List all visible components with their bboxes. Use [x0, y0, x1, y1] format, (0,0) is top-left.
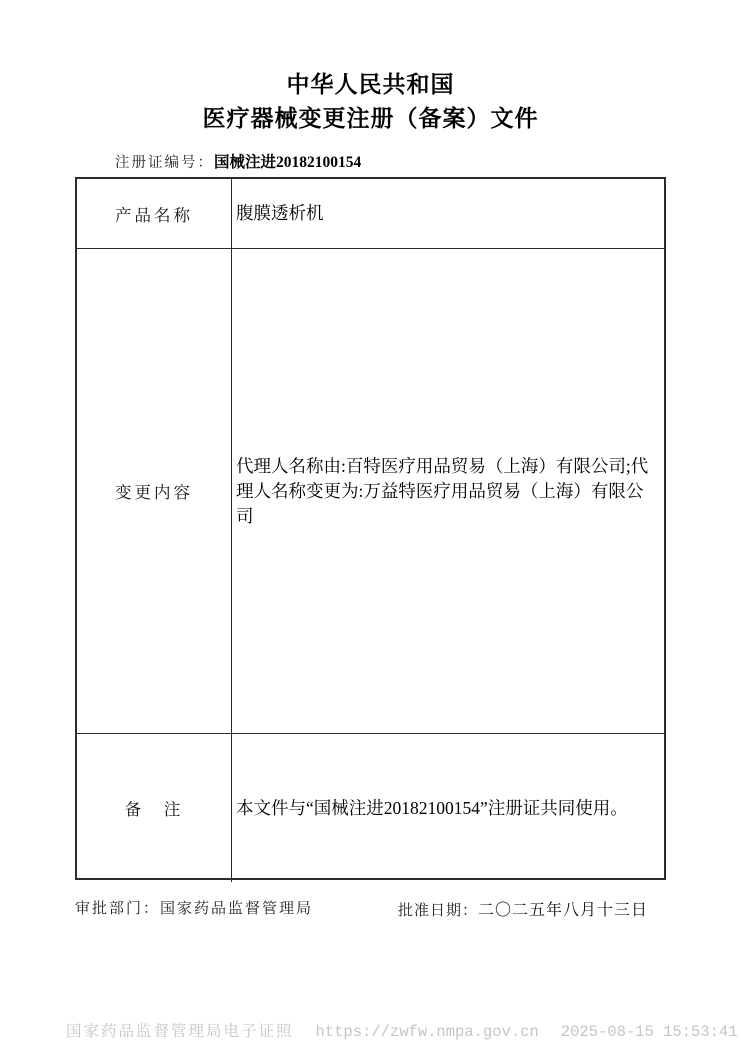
approval-date: 批准日期：二〇二五年八月十三日	[398, 897, 648, 920]
certificate-page: 中华人民共和国 医疗器械变更注册（备案）文件 注册证编号：国械注进2018210…	[0, 0, 741, 1049]
electronic-license-footer: 国家药品监督管理局电子证照 https://zwfw.nmpa.gov.cn 2…	[66, 1019, 741, 1041]
remarks-value: 本文件与“国械注进20182100154”注册证共同使用。	[236, 796, 628, 821]
registration-number-line: 注册证编号：国械注进20182100154	[115, 150, 361, 172]
product-name-value-cell: 腹膜透析机	[232, 179, 664, 249]
product-name-label-cell: 产品名称	[77, 179, 232, 249]
product-name-label: 产品名称	[115, 202, 193, 226]
change-content-label: 变更内容	[115, 479, 193, 503]
document-title-main: 医疗器械变更注册（备案）文件	[0, 100, 741, 133]
change-content-value: 代理人名称由:百特医疗用品贸易（上海）有限公司;代理人名称变更为:万益特医疗用品…	[236, 454, 658, 529]
change-content-value-cell: 代理人名称由:百特医疗用品贸易（上海）有限公司;代理人名称变更为:万益特医疗用品…	[232, 249, 664, 734]
remarks-value-cell: 本文件与“国械注进20182100154”注册证共同使用。	[232, 734, 664, 882]
registration-number-label: 注册证编号：	[115, 155, 214, 171]
document-title-country: 中华人民共和国	[0, 66, 741, 99]
approval-date-value: 二〇二五年八月十三日	[478, 902, 648, 919]
approval-line: 审批部门：国家药品监督管理局 批准日期：二〇二五年八月十三日	[0, 897, 741, 919]
footer-url: https://zwfw.nmpa.gov.cn	[316, 1023, 539, 1041]
change-content-label-cell: 变更内容	[77, 249, 232, 734]
approval-department-label: 审批部门：	[75, 901, 160, 917]
product-name-value: 腹膜透析机	[236, 201, 324, 226]
footer-timestamp: 2025-08-15 15:53:41:041	[561, 1023, 741, 1041]
remarks-label: 备 注	[125, 796, 184, 820]
remarks-label-cell: 备 注	[77, 734, 232, 882]
approval-date-label: 批准日期：	[398, 903, 478, 919]
approval-department-value: 国家药品监督管理局	[160, 901, 313, 917]
approval-department: 审批部门：国家药品监督管理局	[75, 897, 313, 918]
registration-number-value: 国械注进20182100154	[214, 154, 361, 171]
certificate-table: 产品名称 腹膜透析机 变更内容 代理人名称由:百特医疗用品贸易（上海）有限公司;…	[75, 177, 666, 880]
footer-issuer-text: 国家药品监督管理局电子证照	[66, 1019, 294, 1041]
